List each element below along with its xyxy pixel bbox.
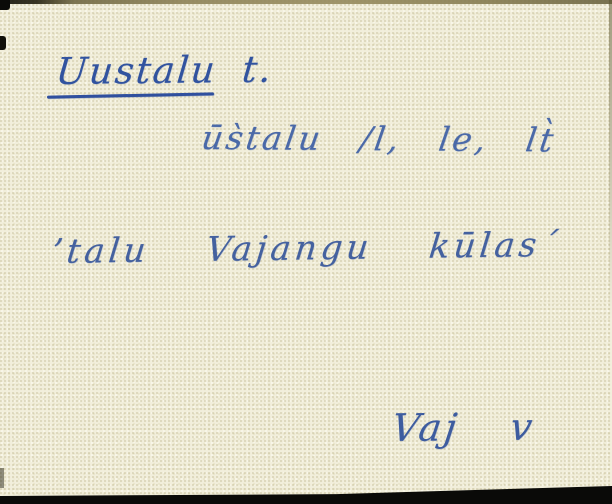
pronunciation-line: ūs̀talu /l, le, lt̀	[199, 118, 559, 159]
headword-line: Uustalu t.	[54, 48, 275, 93]
index-card: Uustalu t. ūs̀talu /l, le, lt̀ ’talu Vaj…	[0, 0, 612, 504]
scan-edge-bottom	[0, 485, 612, 504]
scan-mark-top-left	[0, 0, 10, 10]
location-line: ’talu Vajangu kūlas´	[50, 225, 564, 272]
scan-mark-left-edge	[0, 36, 6, 50]
scan-edge-top	[0, 0, 612, 4]
scan-smudge-bottom-left	[0, 468, 4, 488]
source-abbreviation-line: Vaj v	[389, 405, 538, 450]
headword-underline-stroke	[47, 92, 214, 99]
